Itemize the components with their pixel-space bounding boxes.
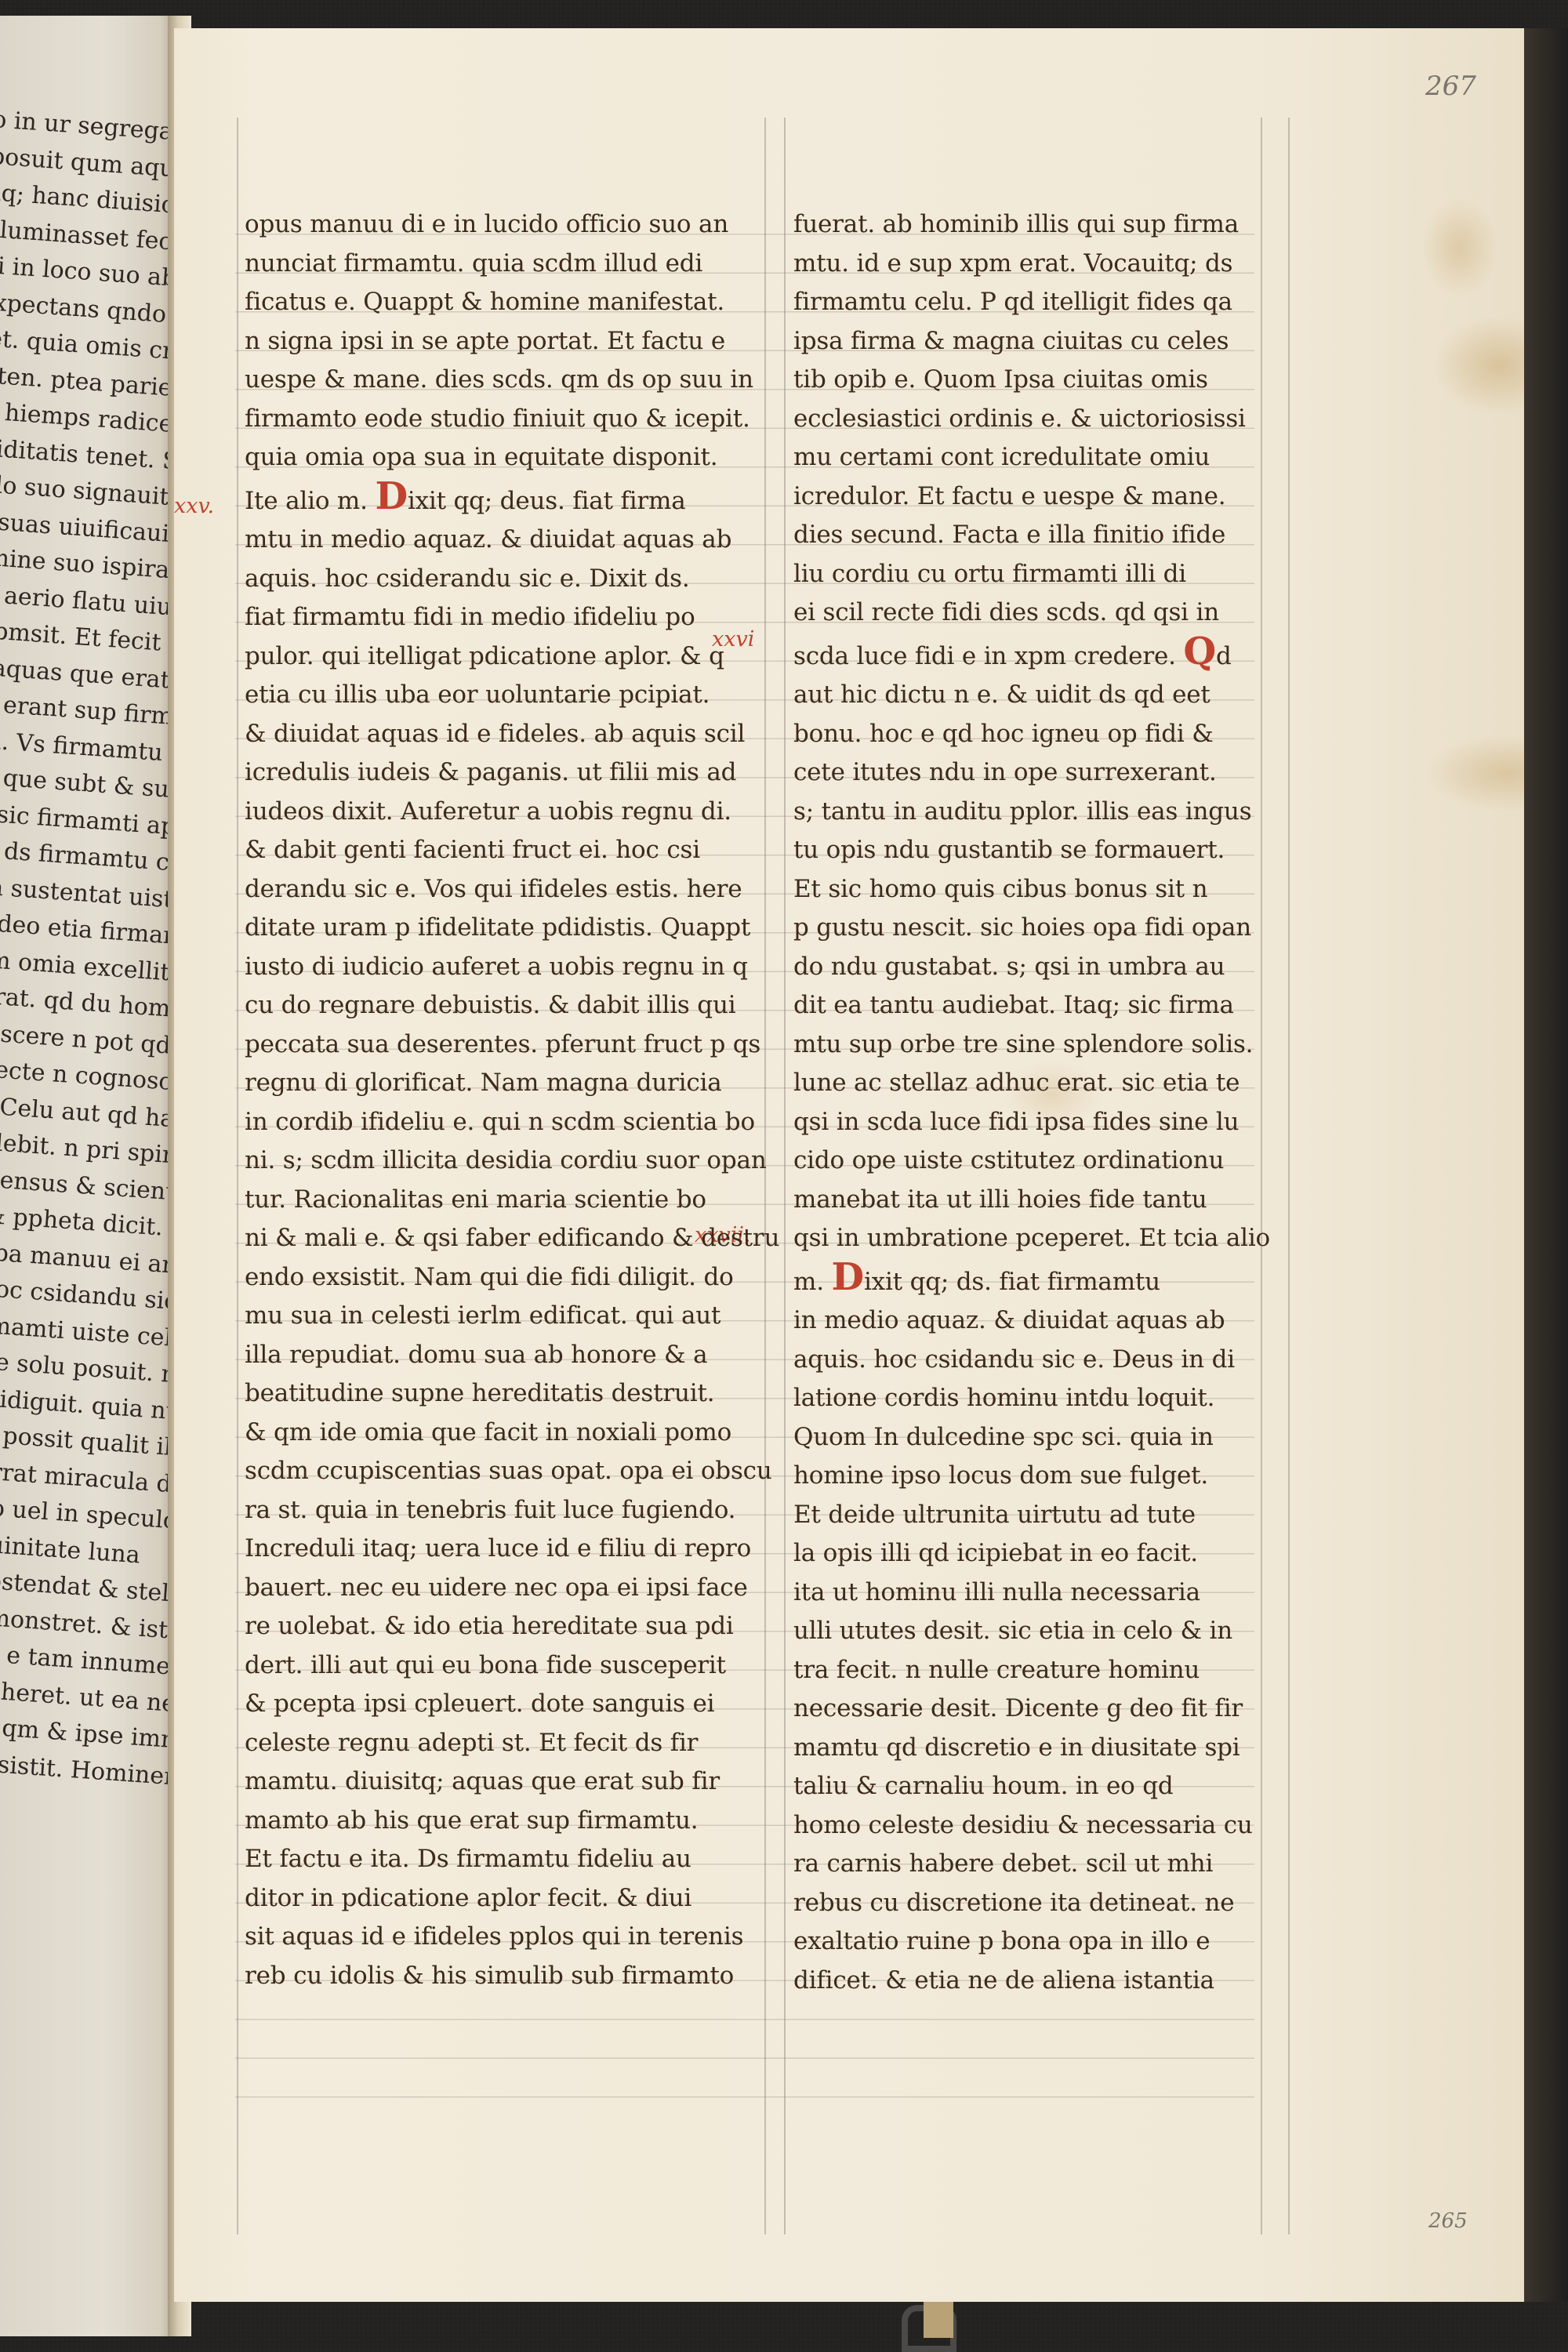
text-line: ni. s; scdm illicita desidia cordiu suor…: [245, 1142, 778, 1181]
text-column-a: opus manuu di e in lucido officio suo an…: [245, 205, 778, 1995]
text-line: sit aquas id e ifideles pplos qui in ter…: [245, 1918, 778, 1957]
text-line: homine ipso locus dom sue fulget.: [793, 1457, 1295, 1496]
text-line: in medio aquaz. & diuidat aquas ab: [793, 1301, 1295, 1341]
text-line: uespe & mane. dies scds. qm ds op suu in: [245, 361, 778, 400]
text-line: tur. Racionalitas eni maria scientie bo: [245, 1181, 778, 1220]
text-line: illa repudiat. domu sua ab honore & a: [245, 1336, 778, 1375]
text-line: Et deide ultrunita uirtutu ad tute: [793, 1496, 1295, 1535]
text-line: iusto di iudicio auferet a uobis regnu i…: [245, 948, 778, 987]
text-line: fiat firmamtu fidi in medio ifideliu po: [245, 598, 778, 637]
text-line: & qm ide omia que facit in noxiali pomo: [245, 1414, 778, 1453]
text-line: ni & mali e. & qsi faber edificando & de…: [245, 1219, 778, 1258]
text-line: firmamto eode studio finiuit quo & icepi…: [245, 400, 778, 439]
text-line: bonu. hoc e qd hoc igneu op fidi &: [793, 715, 1295, 754]
text-line: scda luce fidi e in xpm credere. Qd: [793, 633, 1295, 677]
rubricated-initial: D: [832, 1255, 864, 1299]
text-line: do ndu gustabat. s; qsi in umbra au: [793, 948, 1295, 987]
text-line: tra fecit. n nulle creature hominu: [793, 1651, 1295, 1690]
text-line: pulor. qui itelligat pdicatione aplor. &…: [245, 637, 778, 677]
text-line: cido ope uiste cstitutez ordinationu: [793, 1142, 1295, 1181]
text-line: cu do regnare debuistis. & dabit illis q…: [245, 986, 778, 1025]
text-line: mtu. id e sup xpm erat. Vocauitq; ds: [793, 245, 1295, 284]
folio-number-bottom: 265: [1428, 2209, 1468, 2233]
clasp-tab: [924, 2302, 953, 2338]
text-line: icredulor. Et factu e uespe & mane.: [793, 477, 1295, 517]
text-line: s; tantu in auditu pplor. illis eas ingu…: [793, 793, 1295, 832]
ruling-vertical: [237, 118, 238, 2234]
text-line: fuerat. ab hominib illis qui sup firma: [793, 205, 1295, 245]
text-line: bauert. nec eu uidere nec opa ei ipsi fa…: [245, 1569, 778, 1608]
text-line: lune ac stellaz adhuc erat. sic etia te: [793, 1064, 1295, 1103]
text-line: nunciat firmamtu. quia scdm illud edi: [245, 245, 778, 284]
text-line: & pcepta ipsi cpleuert. dote sanguis ei: [245, 1685, 778, 1724]
text-line: necessarie desit. Dicente g deo fit fir: [793, 1690, 1295, 1729]
text-line: ra st. quia in tenebris fuit luce fugien…: [245, 1491, 778, 1530]
text-line: endo exsistit. Nam qui die fidi diligit.…: [245, 1258, 778, 1298]
text-line: liu cordiu cu ortu firmamti illi di: [793, 555, 1295, 594]
text-line: ei scil recte fidi dies scds. qd qsi in: [793, 593, 1295, 633]
text-line: tib opib e. Quom Ipsa ciuitas omis: [793, 361, 1295, 400]
open-manuscript: o in ur segregatas aquaposuit qum aquas …: [0, 0, 1568, 2352]
verso-page: o in ur segregatas aquaposuit qum aquas …: [0, 16, 174, 2336]
text-line: tu opis ndu gustantib se formauert.: [793, 831, 1295, 870]
text-line: etia cu illis uba eor uoluntarie pcipiat…: [245, 676, 778, 715]
text-line: regnu di glorificat. Nam magna duricia: [245, 1064, 778, 1103]
text-line: & dabit genti facienti fruct ei. hoc csi: [245, 831, 778, 870]
text-line: firmamtu celu. P qd itelligit fides qa: [793, 283, 1295, 322]
text-line: la opis illi qd icipiebat in eo facit.: [793, 1534, 1295, 1573]
text-line: reb cu idolis & his simulib sub firmamto: [245, 1957, 778, 1996]
text-line: beatitudine supne hereditatis destruit.: [245, 1374, 778, 1414]
text-line: Et factu e ita. Ds firmamtu fideliu au: [245, 1840, 778, 1879]
text-line: cete itutes ndu in ope surrexerant.: [793, 753, 1295, 793]
text-line: ra carnis habere debet. scil ut mhi: [793, 1845, 1295, 1884]
text-line: peccata sua deserentes. pferunt fruct p …: [245, 1025, 778, 1065]
text-line: ita ut hominu illi nulla necessaria: [793, 1573, 1295, 1613]
text-line: dies secund. Facta e illa finitio ifide: [793, 516, 1295, 555]
text-line: Increduli itaq; uera luce id e filiu di …: [245, 1530, 778, 1569]
text-line: mu certami cont icredulitate omiu: [793, 438, 1295, 477]
text-line: taliu & carnaliu houm. in eo qd: [793, 1767, 1295, 1806]
text-line: latione cordis hominu intdu loquit.: [793, 1379, 1295, 1418]
text-line: aut hic dictu n e. & uidit ds qd eet: [793, 676, 1295, 715]
text-line: aquis. hoc csiderandu sic e. Dixit ds.: [245, 560, 778, 599]
text-line: m. Dixit qq; ds. fiat firmamtu: [793, 1258, 1295, 1302]
rubricated-initial: D: [375, 474, 407, 518]
text-column-b: fuerat. ab hominib illis qui sup firmamt…: [793, 205, 1295, 2000]
text-line: celeste regnu adepti st. Et fecit ds fir: [245, 1724, 778, 1763]
text-line: mtu in medio aquaz. & diuidat aquas ab: [245, 521, 778, 560]
text-line: opus manuu di e in lucido officio suo an: [245, 205, 778, 245]
text-line: Quom In dulcedine spc sci. quia in: [793, 1418, 1295, 1457]
text-line: aquis. hoc csidandu sic e. Deus in di: [793, 1341, 1295, 1380]
page-edge: [1524, 28, 1568, 2302]
verso-text-block: o in ur segregatas aquaposuit qum aquas …: [0, 102, 174, 1798]
text-line: in cordib ifideliu e. qui n scdm scienti…: [245, 1103, 778, 1142]
text-line: ditate uram p ifidelitate pdidistis. Qua…: [245, 909, 778, 948]
text-line: re uolebat. & ido etia hereditate sua pd…: [245, 1607, 778, 1646]
text-line: mamtu qd discretio e in diusitate spi: [793, 1729, 1295, 1768]
text-line: derandu sic e. Vos qui ifideles estis. h…: [245, 870, 778, 909]
ruling-vertical: [784, 118, 786, 2234]
chapter-number-xxv: xxv.: [174, 494, 214, 518]
text-line: mamto ab his que erat sup firmamtu.: [245, 1802, 778, 1841]
text-line: scdm ccupiscentias suas opat. opa ei obs…: [245, 1452, 778, 1491]
text-line: qsi in scda luce fidi ipsa fides sine lu: [793, 1103, 1295, 1142]
text-line: p gustu nescit. sic hoies opa fidi opan: [793, 909, 1295, 948]
text-line: dificet. & etia ne de aliena istantia: [793, 1962, 1295, 2001]
text-line: rebus cu discretione ita detineat. ne: [793, 1884, 1295, 1923]
text-line: dit ea tantu audiebat. Itaq; sic firma: [793, 986, 1295, 1025]
text-line: manebat ita ut illi hoies fide tantu: [793, 1181, 1295, 1220]
text-line: ditor in pdicatione aplor fecit. & diui: [245, 1879, 778, 1918]
text-line: homo celeste desidiu & necessaria cu: [793, 1806, 1295, 1846]
text-line: mamtu. diuisitq; aquas que erat sub fir: [245, 1762, 778, 1802]
rubricated-initial: Q: [1183, 630, 1216, 673]
text-line: iudeos dixit. Auferetur a uobis regnu di…: [245, 793, 778, 832]
text-line: ecclesiastici ordinis e. & uictoriosissi: [793, 400, 1295, 439]
text-line: mu sua in celesti ierlm edificat. qui au…: [245, 1297, 778, 1336]
text-line: exaltatio ruine p bona opa in illo e: [793, 1922, 1295, 1962]
text-line: qsi in umbratione pceperet. Et tcia alio: [793, 1219, 1295, 1258]
text-line: ipsa firma & magna ciuitas cu celes: [793, 322, 1295, 361]
text-line: dert. illi aut qui eu bona fide susceper…: [245, 1646, 778, 1686]
folio-number-top: 267: [1425, 71, 1476, 102]
text-line: ficatus e. Quappt & homine manifestat.: [245, 283, 778, 322]
text-line: quia omia opa sua in equitate disponit.: [245, 438, 778, 477]
text-line: & diuidat aquas id e fideles. ab aquis s…: [245, 715, 778, 754]
text-line: ulli ututes desit. sic etia in celo & in: [793, 1612, 1295, 1651]
text-line: Ite alio m. Dixit qq; deus. fiat firma: [245, 477, 778, 521]
text-line: icredulis iudeis & paganis. ut filii mis…: [245, 753, 778, 793]
text-line: mtu sup orbe tre sine splendore solis.: [793, 1025, 1295, 1065]
text-line: n signa ipsi in se apte portat. Et factu…: [245, 322, 778, 361]
text-line: Et sic homo quis cibus bonus sit n: [793, 870, 1295, 909]
